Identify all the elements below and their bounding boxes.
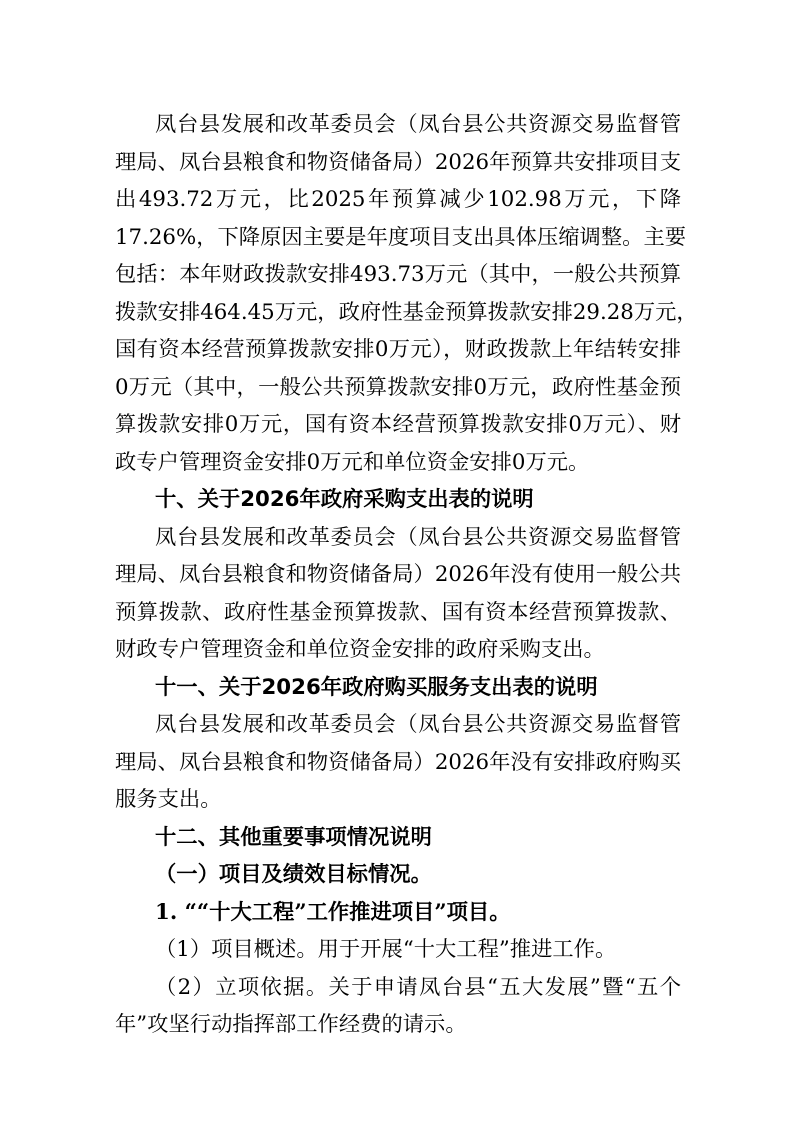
paragraph-government-procurement: 凤台县发展和改革委员会（凤台县公共资源交易监督管 理局、凤台县粮食和物资储备局）… [115, 519, 681, 669]
section-heading-10-government-procurement: 十、关于2026年政府采购支出表的说明 [115, 481, 681, 519]
section-heading-12-other-important-matters: 十二、其他重要事项情况说明 [115, 819, 681, 857]
text-line: 理局、凤台县粮食和物资储备局）2026年没有安排政府购买 [115, 744, 681, 782]
document-content: 凤台县发展和改革委员会（凤台县公共资源交易监督管 理局、凤台县粮食和物资储备局）… [115, 106, 681, 1044]
text-line: 政专户管理资金安排0万元和单位资金安排0万元。 [115, 444, 681, 482]
text-line: 包括：本年财政拨款安排493.73万元（其中，一般公共预算 [115, 256, 681, 294]
text-line: 凤台县发展和改革委员会（凤台县公共资源交易监督管 [115, 106, 681, 144]
text-line: （1）项目概述。用于开展“十大工程”推进工作。 [115, 931, 681, 969]
text-line: 理局、凤台县粮食和物资储备局）2026年没有使用一般公共 [115, 556, 681, 594]
subsection-heading-project-performance-goals: （一）项目及绩效目标情况。 [115, 856, 681, 894]
text-line: 凤台县发展和改革委员会（凤台县公共资源交易监督管 [115, 519, 681, 557]
text-line: 出493.72万元，比2025年预算减少102.98万元，下降 [115, 181, 681, 219]
text-line: 0万元（其中，一般公共预算拨款安排0万元，政府性基金预 [115, 369, 681, 407]
text-line: 算拨款安排0万元，国有资本经营预算拨款安排0万元）、财 [115, 406, 681, 444]
text-line: 年”攻坚行动指挥部工作经费的请示。 [115, 1006, 681, 1044]
paragraph-project-basis: （2）立项依据。关于申请凤台县“五大发展”暨“五个 年”攻坚行动指挥部工作经费的… [115, 969, 681, 1044]
text-line: 服务支出。 [115, 781, 681, 819]
text-line: 财政专户管理资金和单位资金安排的政府采购支出。 [115, 631, 681, 669]
paragraph-purchased-services: 凤台县发展和改革委员会（凤台县公共资源交易监督管 理局、凤台县粮食和物资储备局）… [115, 706, 681, 819]
item-heading-ten-major-projects: 1. ““十大工程”工作推进项目”项目。 [115, 894, 681, 932]
text-line: 理局、凤台县粮食和物资储备局）2026年预算共安排项目支 [115, 144, 681, 182]
text-line: 国有资本经营预算拨款安排0万元），财政拨款上年结转安排 [115, 331, 681, 369]
text-line: 17.26%，下降原因主要是年度项目支出具体压缩调整。主要 [115, 219, 681, 257]
paragraph-project-overview: （1）项目概述。用于开展“十大工程”推进工作。 [115, 931, 681, 969]
paragraph-project-expenditure-summary: 凤台县发展和改革委员会（凤台县公共资源交易监督管 理局、凤台县粮食和物资储备局）… [115, 106, 681, 481]
text-line: 拨款安排464.45万元，政府性基金预算拨款安排29.28万元， [115, 294, 681, 332]
text-line: 预算拨款、政府性基金预算拨款、国有资本经营预算拨款、 [115, 594, 681, 632]
section-heading-11-purchased-services: 十一、关于2026年政府购买服务支出表的说明 [115, 669, 681, 707]
text-line: （2）立项依据。关于申请凤台县“五大发展”暨“五个 [115, 969, 681, 1007]
text-line: 凤台县发展和改革委员会（凤台县公共资源交易监督管 [115, 706, 681, 744]
document-page: 凤台县发展和改革委员会（凤台县公共资源交易监督管 理局、凤台县粮食和物资储备局）… [0, 0, 793, 1122]
